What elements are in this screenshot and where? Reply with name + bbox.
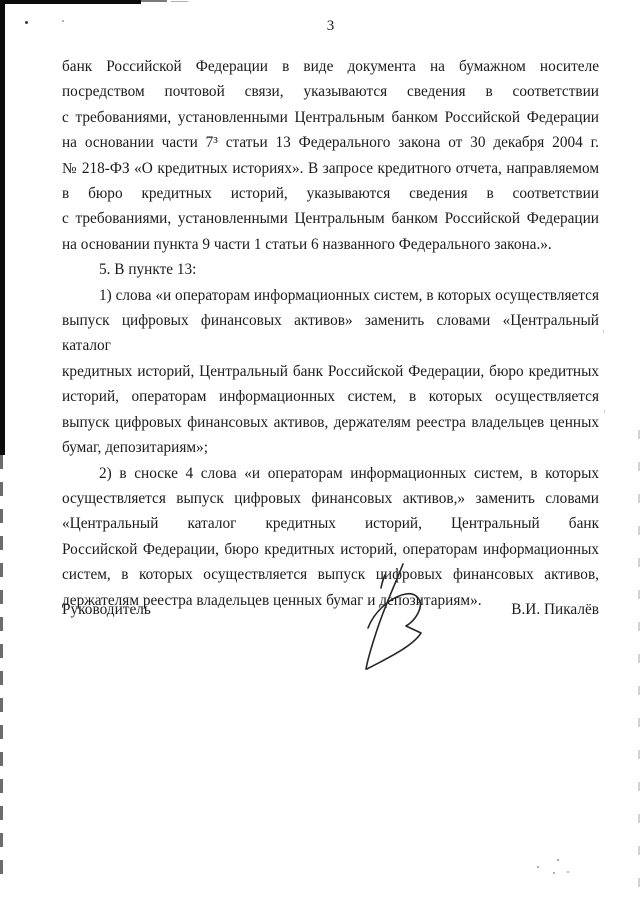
- scan-noise-dot: [603, 330, 604, 333]
- document-line: выпуск цифровых финансовых активов» заме…: [62, 308, 599, 359]
- scan-noise-dot: [537, 866, 539, 868]
- scan-noise-dot: [604, 410, 605, 413]
- document-line: 5. В пункте 13:: [62, 257, 599, 282]
- scan-border-left-solid: [0, 0, 5, 455]
- document-line: с требованиями, установленными Центральн…: [62, 206, 599, 231]
- document-line: № 218-ФЗ «О кредитных историях». В запро…: [62, 156, 599, 181]
- signature-role-label: Руководитель: [62, 600, 151, 620]
- document-line: бумаг, депозитариям»;: [62, 435, 599, 460]
- page-number: 3: [62, 18, 599, 35]
- document-line: осуществляется выпуск цифровых финансовы…: [62, 486, 599, 511]
- document-line: выпуск цифровых финансовых активов, держ…: [62, 410, 599, 435]
- document-line: на основании части 7³ статьи 13 Федераль…: [62, 130, 599, 155]
- scan-noise-dot: [557, 859, 559, 861]
- document-line: на основании пункта 9 части 1 статьи 6 н…: [62, 232, 599, 257]
- document-line: банк Российской Федерации в виде докумен…: [62, 54, 599, 79]
- document-line: с требованиями, установленными Центральн…: [62, 105, 599, 130]
- document-line: кредитных историй, Центральный банк Росс…: [62, 359, 599, 384]
- scan-noise-dot: [25, 21, 28, 24]
- scan-border-left-broken: [0, 455, 3, 880]
- scan-border-top-fade: [141, 0, 167, 2]
- scan-noise-dot: [567, 871, 569, 873]
- document-line: в бюро кредитных историй, указываются св…: [62, 181, 599, 206]
- signature-name-label: В.И. Пикалёв: [511, 600, 599, 620]
- document-line: 2) в сноске 4 слова «и операторам информ…: [62, 461, 599, 486]
- document-body: банк Российской Федерации в виде докумен…: [62, 54, 599, 613]
- handwritten-signature-icon: [330, 550, 480, 685]
- scan-noise-dot: [553, 872, 555, 874]
- scan-border-top-dash: [171, 1, 188, 2]
- document-line: 1) слова «и операторам информационных си…: [62, 283, 599, 308]
- scan-border-top: [0, 0, 141, 4]
- scanned-document-page: 3 банк Российской Федерации в виде докум…: [0, 0, 640, 905]
- document-line: «Центральный каталог кредитных историй, …: [62, 511, 599, 536]
- document-line: историй, операторам информационных систе…: [62, 384, 599, 409]
- document-line: посредством почтовой связи, указываются …: [62, 79, 599, 104]
